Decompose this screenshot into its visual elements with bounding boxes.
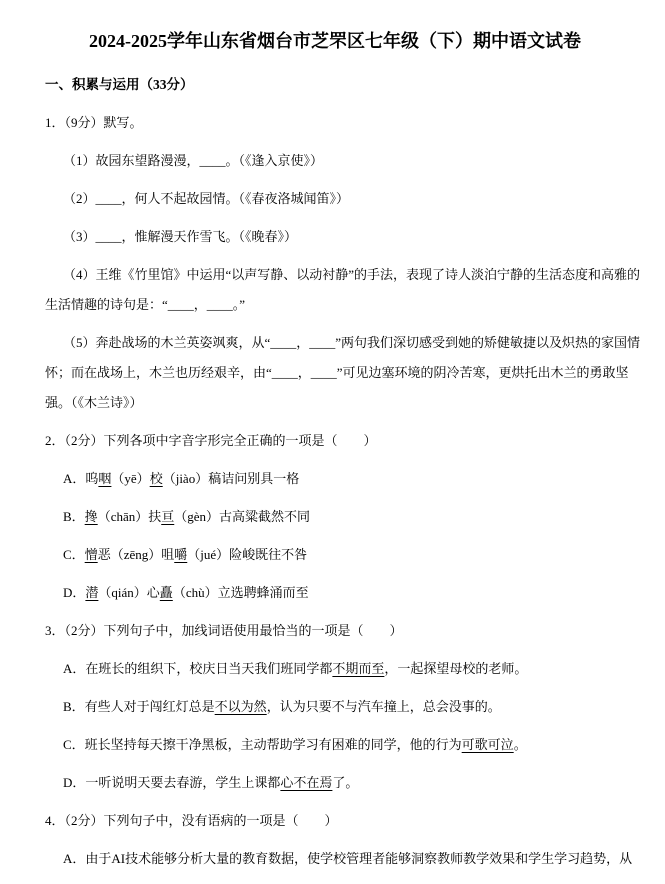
- question-2-option-b: B．搀（chān）扶亘（gèn）古高粱截然不同: [45, 502, 645, 532]
- exam-page: 2024-2025学年山东省烟台市芝罘区七年级（下）期中语文试卷 一、积累与运用…: [0, 0, 665, 884]
- question-2-option-a: A．呜咽（yē）校（jiào）稿诘问别具一格: [45, 464, 645, 494]
- question-2-option-d: D．潜（qián）心矗（chù）立选聘蜂涌而至: [45, 578, 645, 608]
- question-1-head: 1．（9分）默写。: [45, 108, 645, 138]
- question-3-option-c: C．班长坚持每天擦干净黑板，主动帮助学习有困难的同学，他的行为可歌可泣。: [45, 730, 645, 760]
- question-3-option-a: A．在班长的组织下，校庆日当天我们班同学都不期而至，一起探望母校的老师。: [45, 654, 645, 684]
- question-2-option-c: C．憎恶（zēng）咀嚼（jué）险峻既往不咎: [45, 540, 645, 570]
- question-1-item-3: （3）____，惟解漫天作雪飞。（《晚春》）: [45, 222, 645, 252]
- page-title: 2024-2025学年山东省烟台市芝罘区七年级（下）期中语文试卷: [45, 28, 645, 54]
- question-1-item-2: （2）____，何人不起故园情。（《春夜洛城闻笛》）: [45, 184, 645, 214]
- section-heading: 一、积累与运用（33分）: [45, 70, 645, 100]
- question-2-head: 2．（2分）下列各项中字音字形完全正确的一项是（ ）: [45, 426, 645, 456]
- question-4-head: 4．（2分）下列句子中，没有语病的一项是（ ）: [45, 806, 645, 836]
- question-1-item-5: （5）奔赴战场的木兰英姿飒爽，从“____，____”两句我们深切感受到她的矫健…: [45, 328, 645, 418]
- question-1-item-4: （4）王维《竹里馆》中运用“以声写静、以动衬静”的手法，表现了诗人淡泊宁静的生活…: [45, 260, 645, 320]
- question-3-option-b: B．有些人对于闯红灯总是不以为然，认为只要不与汽车撞上，总会没事的。: [45, 692, 645, 722]
- question-1-item-1: （1）故园东望路漫漫，____。（《逢入京使》）: [45, 146, 645, 176]
- question-3-option-d: D．一听说明天要去春游，学生上课都心不在焉了。: [45, 768, 645, 798]
- question-4-option-a: A．由于AI技术能够分析大量的教育数据，使学校管理者能够洞察教师教学效果和学生学…: [45, 844, 645, 874]
- question-3-head: 3．（2分）下列句子中，加线词语使用最恰当的一项是（ ）: [45, 616, 645, 646]
